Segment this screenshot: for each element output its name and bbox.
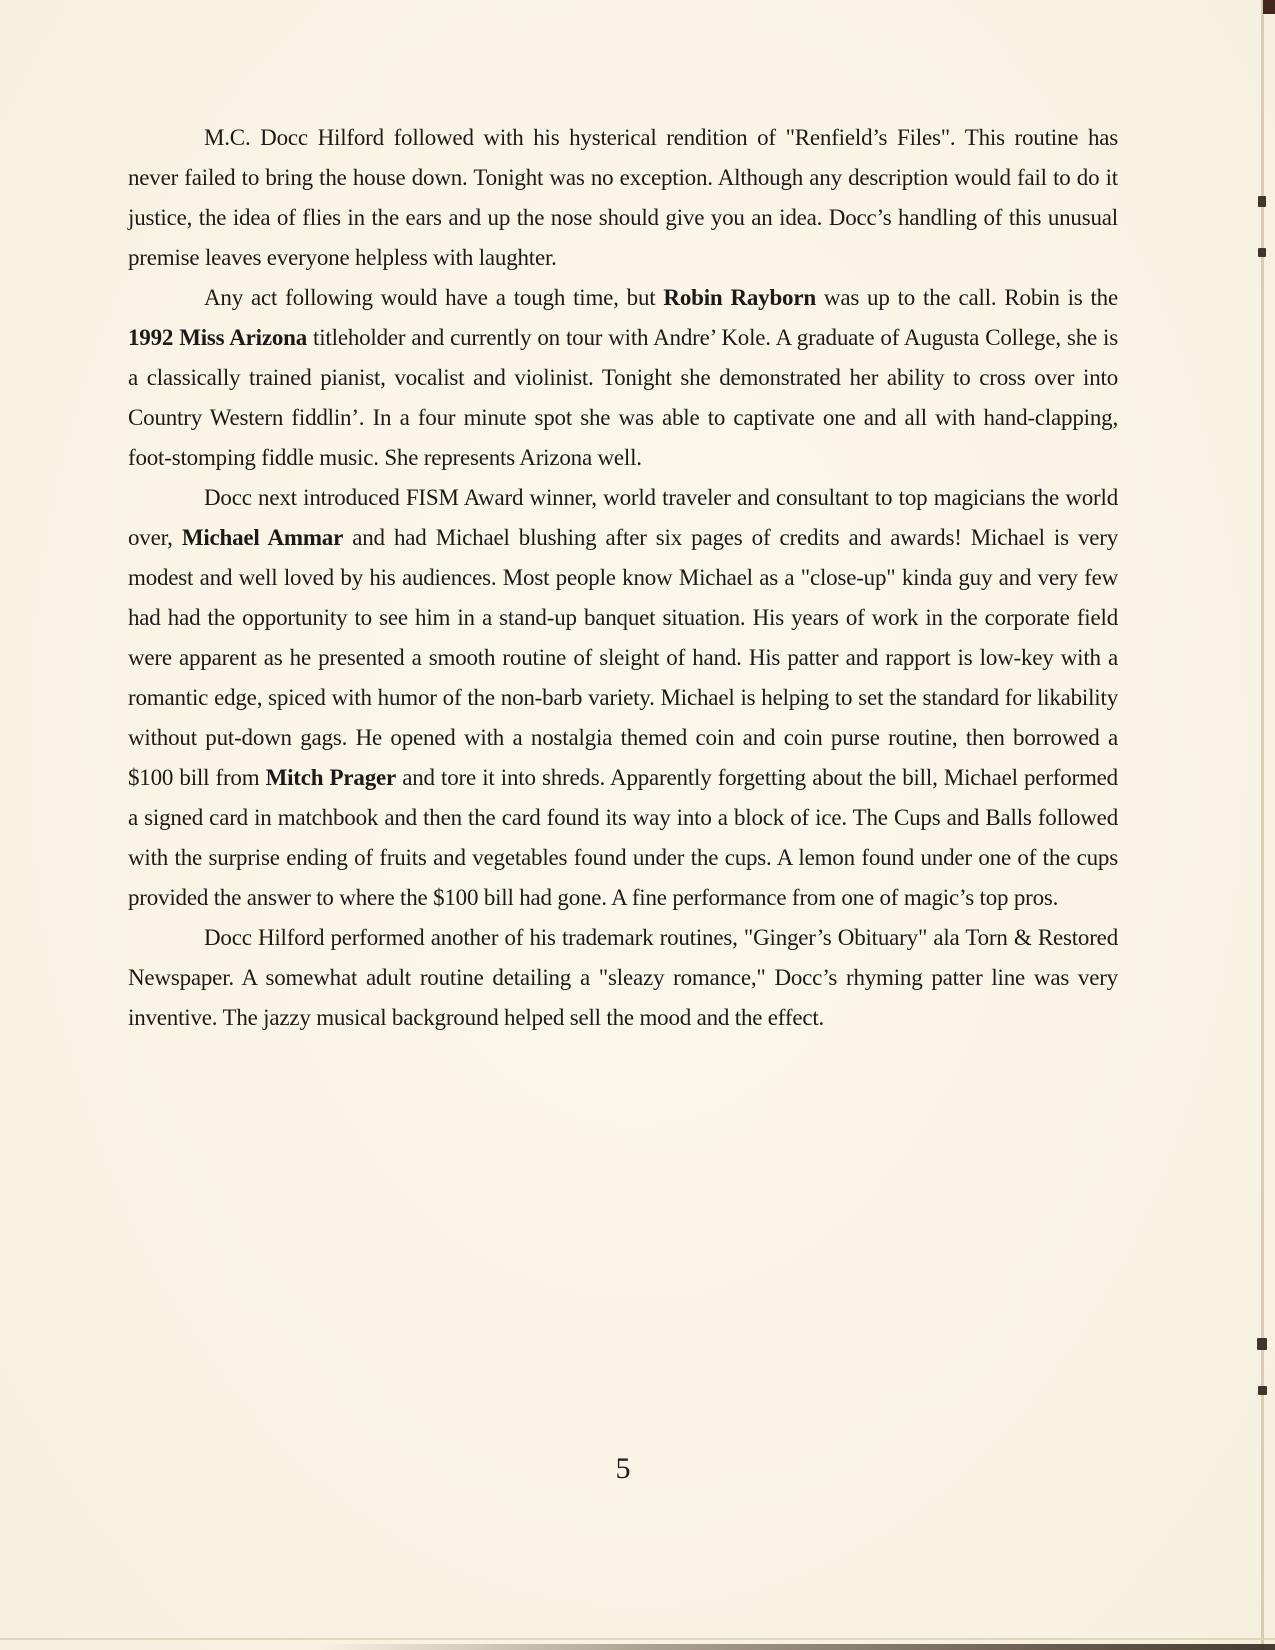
paragraph: Any act following would have a tough tim… xyxy=(128,278,1118,478)
text-run: Any act following would have a tough tim… xyxy=(204,285,663,310)
scan-bottom-rule xyxy=(0,1638,1275,1640)
scan-speck xyxy=(1258,196,1266,207)
document-body: M.C. Docc Hilford followed with his hyst… xyxy=(128,118,1118,1038)
bold-name: 1992 Miss Arizona xyxy=(128,325,307,350)
bold-name: Robin Rayborn xyxy=(663,285,816,310)
text-run: M.C. Docc Hilford followed with his hyst… xyxy=(128,125,1118,270)
text-run: was up to the call. Robin is the xyxy=(816,285,1118,310)
scan-corner-mark xyxy=(1263,0,1275,14)
scan-speck xyxy=(1257,1338,1267,1350)
paragraph: Docc next introduced FISM Award winner, … xyxy=(128,478,1118,918)
text-run: Docc Hilford performed another of his tr… xyxy=(128,925,1118,1030)
bold-name: Mitch Prager xyxy=(266,765,396,790)
bold-name: Michael Ammar xyxy=(182,525,343,550)
scanned-document-page: M.C. Docc Hilford followed with his hyst… xyxy=(0,0,1275,1650)
page-number: 5 xyxy=(128,1452,1118,1486)
text-run: and had Michael blushing after six pages… xyxy=(128,525,1118,790)
scan-speck xyxy=(1258,248,1266,257)
paragraph: Docc Hilford performed another of his tr… xyxy=(128,918,1118,1038)
scan-bottom-shadow xyxy=(0,1644,1275,1650)
paragraph: M.C. Docc Hilford followed with his hyst… xyxy=(128,118,1118,278)
scan-speck xyxy=(1258,1386,1267,1395)
